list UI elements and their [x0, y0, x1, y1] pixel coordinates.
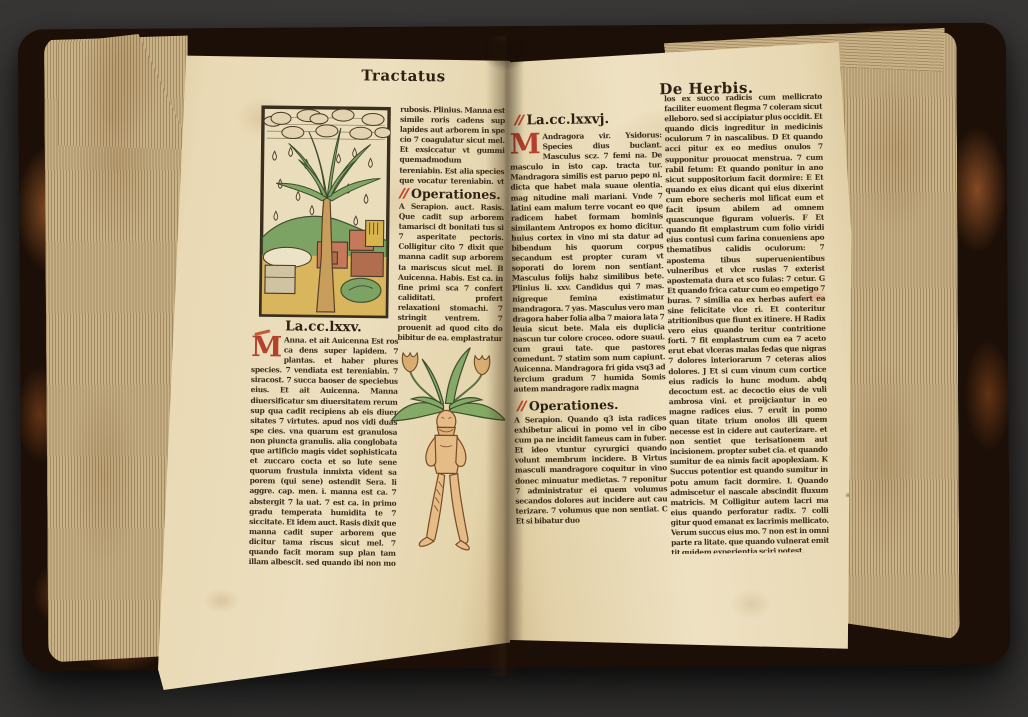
right-page: De Herbis. La.cc.lxxvj. MAndragora vir. …	[505, 28, 857, 668]
operationes-heading-right: Operationes.	[518, 397, 619, 414]
right-page-column2-text: los ex succo radicis cum mellicrato faci…	[664, 92, 829, 554]
flowers	[402, 353, 490, 375]
book-gutter-shadow	[486, 36, 524, 676]
right-page-column1-text: MAndragora vir. Ysidorus: Species dius b…	[510, 130, 666, 394]
right-page-column1-operationes-text: A Serapion. Quando q3 ista radices exhib…	[514, 413, 668, 551]
chapter-heading-276: La.cc.lxxvj.	[515, 110, 665, 128]
manna-woodcut-illustration	[259, 105, 392, 319]
red-paragraph-mark	[400, 188, 409, 199]
rubricated-initial: M	[251, 335, 284, 358]
running-header-left: Tractatus	[333, 66, 473, 86]
photo-background: Tractatus	[0, 0, 1028, 717]
chapter-heading-275: La.cc.lxxv.	[256, 318, 390, 336]
left-page-column1-text: MAnna. et ait Auicenna Est ros ca dens s…	[249, 335, 399, 567]
left-page: Tractatus	[158, 40, 510, 692]
page-block-right-fore-edge	[834, 32, 959, 641]
green-boulder	[341, 278, 381, 302]
mandrake-man	[419, 410, 471, 550]
gutter-top-shadow	[470, 40, 540, 90]
white-rock	[263, 247, 311, 268]
